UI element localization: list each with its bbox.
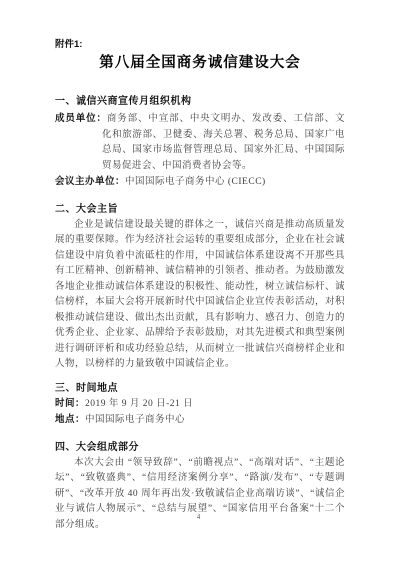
venue-text: 中国国际电子商务中心 <box>85 415 185 425</box>
member-units-text: 商务部、中宣部、中央文明办、发改委、工信部、文化和旅游部、卫健委、海关总署、税务… <box>102 114 345 171</box>
member-units-label: 成员单位： <box>55 113 107 124</box>
venue-label: 地点： <box>55 414 85 425</box>
venue-line: 地点：中国国际电子商务中心 <box>55 412 345 429</box>
section-1-heading: 一、诚信兴商宣传月组织机构 <box>55 95 345 109</box>
section-2-paragraph: 企业是诚信建设最关键的群体之一，诚信兴商是推动高质量发展的重要保障。作为经济社会… <box>55 218 345 373</box>
host-unit-line: 会议主办单位：中国国际电子商务中心 (CIECC) <box>55 174 345 191</box>
section-4-paragraph: 本次大会由 “领导致辞”、“前瞻视点”、“高端对话”、“主题论坛”、“致敬盛典”… <box>55 456 345 534</box>
host-unit-label: 会议主办单位： <box>55 176 125 187</box>
section-2-heading: 二、大会主旨 <box>55 203 345 217</box>
host-unit-text: 中国国际电子商务中心 (CIECC) <box>125 177 266 187</box>
time-label: 时间： <box>55 398 85 409</box>
member-units-line: 成员单位：商务部、中宣部、中央文明办、发改委、工信部、文化和旅游部、卫健委、海关… <box>55 111 345 174</box>
document-page: 附件1: 第八届全国商务诚信建设大会 一、诚信兴商宣传月组织机构 成员单位：商务… <box>0 0 397 561</box>
section-3-heading: 三、时间地点 <box>55 382 345 396</box>
time-line: 时间：2019 年 9 月 20 日-21 日 <box>55 396 345 413</box>
time-text: 2019 年 9 月 20 日-21 日 <box>85 399 193 409</box>
document-title: 第八届全国商务诚信建设大会 <box>55 53 345 73</box>
section-4-heading: 四、大会组成部分 <box>55 441 345 455</box>
page-number: 4 <box>0 513 397 521</box>
attachment-label: 附件1: <box>55 38 345 51</box>
